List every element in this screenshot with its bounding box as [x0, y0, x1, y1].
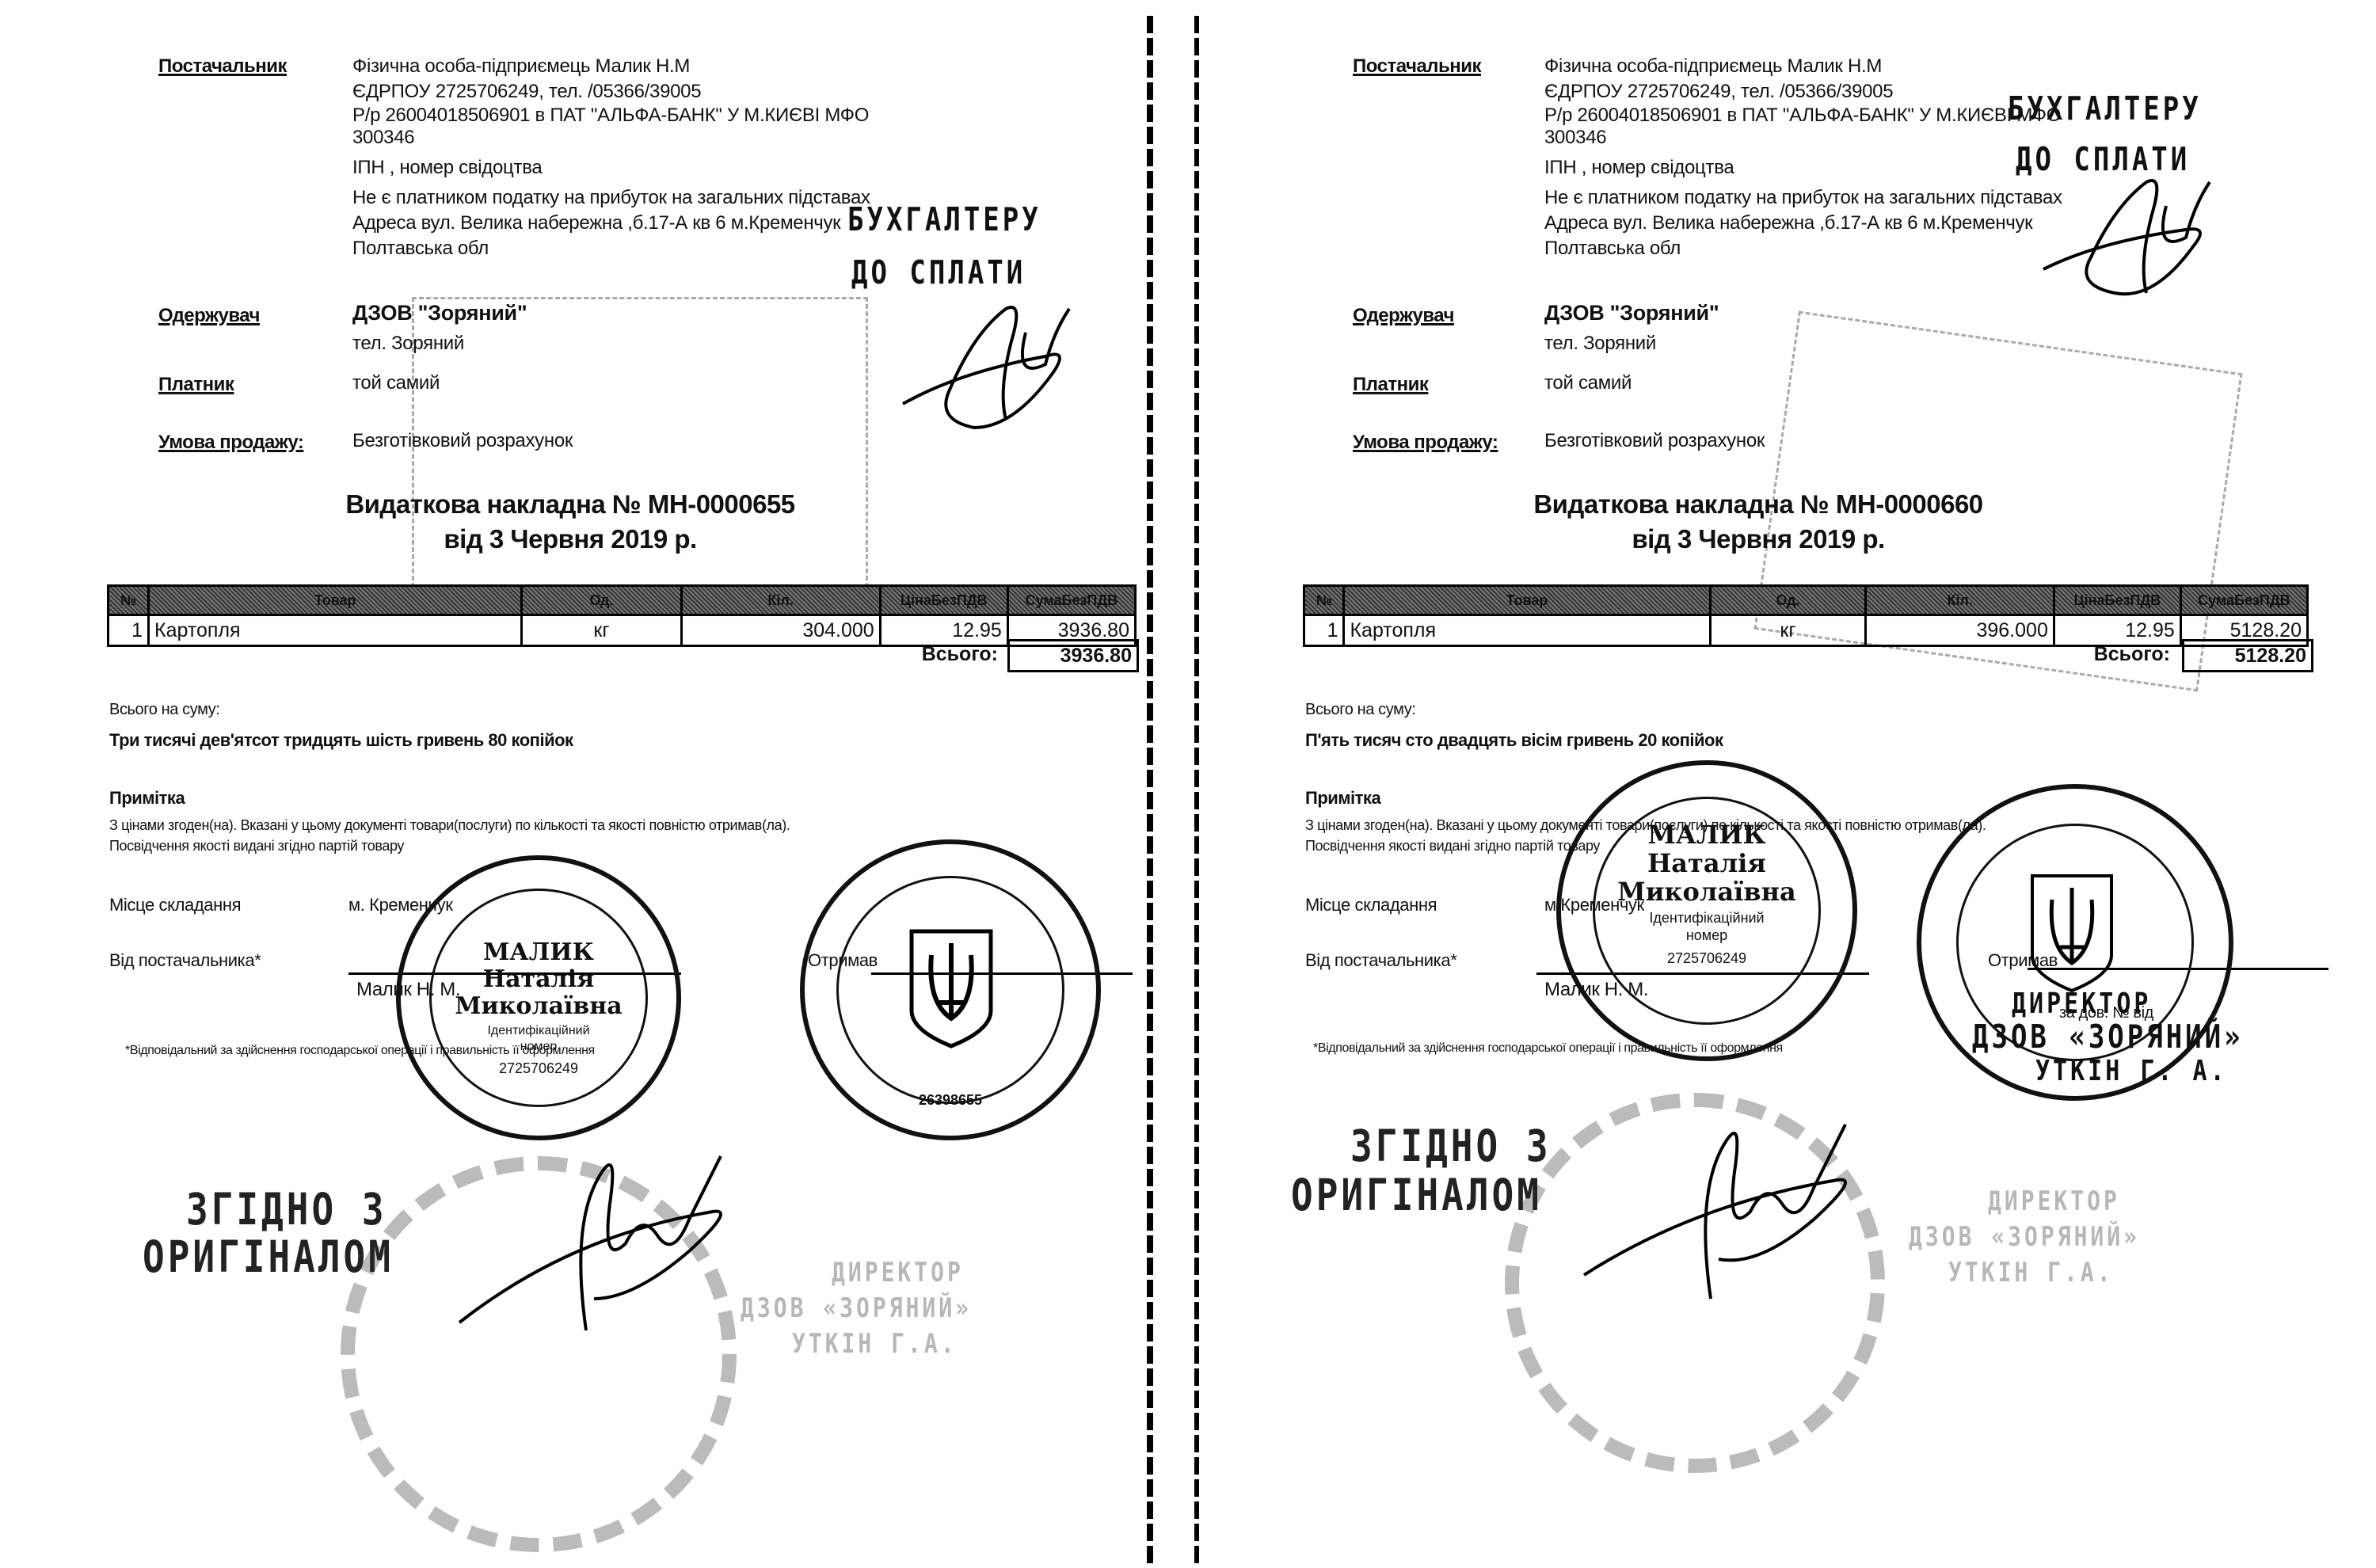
director-stamp-line1: ДИРЕКТОР — [832, 1257, 964, 1288]
recipient-name: ДЗОВ "Зоряний" — [1544, 301, 1719, 325]
sum-in-words: Три тисячі дев'ятсот тридцять шість грив… — [109, 730, 573, 751]
from-supplier-label: Від постачальника* — [109, 950, 261, 971]
table-row: 1 Картопля кг 396.000 12.95 5128.20 — [1304, 615, 2308, 646]
invoice-title: Видаткова накладна № МН-0000655 — [214, 489, 927, 519]
recipient-phone: тел. Зоряний — [1544, 333, 1656, 355]
row-number: 1 — [109, 615, 149, 646]
supplier-details: Фізична особа-підприємець Малик Н.М ЄДРП… — [352, 54, 870, 261]
seal-id-label: Ідентифікаційний номер — [475, 1023, 602, 1055]
director-stamp-line2: ДЗОВ «ЗОРЯНИЙ» — [741, 1292, 972, 1324]
certify-signature-icon — [1576, 1117, 1893, 1323]
supplier-name: Фізична особа-підприємець Малик Н.М — [1544, 54, 2062, 79]
director-seal-line1: ДИРЕКТОР — [2012, 988, 2152, 1021]
row-unit: кг — [1710, 615, 1866, 646]
note-line-1: З цінами згоден(на). Вказані у цьому док… — [109, 817, 790, 834]
director-seal-line2: ДЗОВ «ЗОРЯНИЙ» — [1972, 1018, 2244, 1056]
from-supplier-label: Від постачальника* — [1305, 950, 1456, 971]
trident-coat-of-arms-icon — [2024, 868, 2119, 995]
sum-label: Всього на суму: — [109, 701, 219, 719]
recipient-label: Одержувач — [1353, 305, 1454, 327]
certify-stamp-line1: ЗГІДНО З — [1350, 1121, 1552, 1172]
supplier-edrpou: ЄДРПОУ 2725706249, тел. /05366/39005 — [352, 79, 870, 105]
col-product: Товар — [1344, 586, 1710, 615]
recipient-name: ДЗОВ "Зоряний" — [352, 301, 527, 325]
sum-in-words: П'ять тисяч сто двадцять вісім гривень 2… — [1305, 730, 1723, 751]
director-stamp-line1: ДИРЕКТОР — [1988, 1186, 2120, 1217]
invoice-table: № Товар Од. Кіл. ЦінаБезПДВ СумаБезПДВ 1… — [107, 584, 1137, 647]
signature-icon — [887, 285, 1077, 459]
director-stamp-line2: ДЗОВ «ЗОРЯНИЙ» — [1909, 1221, 2140, 1253]
col-quantity: Кіл. — [1866, 586, 2054, 615]
supplier-ipn: ІПН , номер свідоцтва — [1544, 155, 2062, 181]
total-value: 3936.80 — [1007, 639, 1139, 672]
row-product: Картопля — [1344, 615, 1710, 646]
row-number: 1 — [1304, 615, 1344, 646]
note-label: Примітка — [109, 788, 185, 809]
row-quantity: 304.000 — [681, 615, 880, 646]
invoice-table: № Товар Од. Кіл. ЦінаБезПДВ СумаБезПДВ 1… — [1303, 584, 2309, 647]
payer-label: Платник — [1353, 374, 1428, 396]
director-seal-line3: УТКІН Г. А. — [2035, 1055, 2228, 1088]
col-number: № — [1304, 586, 1344, 615]
invoice-document-mn-0000660: Постачальник Фізична особа-підприємець М… — [1196, 0, 2376, 1568]
accountant-stamp-line1: БУХГАЛТЕРУ — [2008, 90, 2202, 128]
note-line-2: Посвідчення якості видані згідно партій … — [1305, 838, 1600, 854]
place-label: Місце складання — [109, 895, 241, 915]
table-header-row: № Товар Од. Кіл. ЦінаБезПДВ СумаБезПДВ — [1304, 586, 2308, 615]
sum-label: Всього на суму: — [1305, 701, 1415, 719]
row-quantity: 396.000 — [1866, 615, 2054, 646]
col-sum: СумаБезПДВ — [1007, 586, 1135, 615]
row-product: Картопля — [149, 615, 522, 646]
payer-value: той самий — [1544, 372, 1632, 394]
director-stamp-line3: УТКІН Г.А. — [792, 1328, 958, 1360]
note-label: Примітка — [1305, 788, 1380, 809]
col-product: Товар — [149, 586, 522, 615]
total-label: Всього: — [895, 643, 998, 666]
certify-stamp-line2: ОРИГІНАЛОМ — [143, 1231, 394, 1283]
invoice-title: Видаткова накладна № МН-0000660 — [1402, 489, 2115, 519]
seal-id-number: 2725706249 — [1561, 944, 1852, 972]
trident-coat-of-arms-icon — [904, 923, 999, 1050]
supplier-tax-status: Не є платником податку на прибуток на за… — [1544, 185, 2062, 211]
supplier-bank-account: Р/р 26004018506901 в ПАТ "АЛЬФА-БАНК" У … — [1544, 105, 2062, 127]
certify-signature-icon — [451, 1140, 768, 1346]
certify-stamp-line2: ОРИГІНАЛОМ — [1291, 1170, 1542, 1221]
supplier-ipn: ІПН , номер свідоцтва — [352, 155, 870, 181]
invoice-date: від 3 Червня 2019 р. — [1402, 524, 2115, 554]
seal-surname: МАЛИК — [401, 939, 676, 966]
payer-label: Платник — [158, 374, 234, 396]
seal-institution-code: 26398655 — [805, 1092, 1096, 1109]
terms-label: Умова продажу: — [1353, 432, 1498, 454]
table-header-row: № Товар Од. Кіл. ЦінаБезПДВ СумаБезПДВ — [109, 586, 1136, 615]
col-price: ЦінаБезПДВ — [880, 586, 1007, 615]
seal-patronymic: Миколаївна — [1561, 877, 1852, 906]
supplier-address: Адреса вул. Велика набережна ,б.17-А кв … — [1544, 211, 2062, 236]
accountant-stamp-line1: БУХГАЛТЕРУ — [847, 201, 1041, 239]
terms-label: Умова продажу: — [158, 432, 303, 454]
col-unit: Од. — [522, 586, 681, 615]
supplier-label: Постачальник — [1353, 55, 1481, 78]
supplier-mfo: 300346 — [352, 127, 870, 149]
seal-first-name: Наталія — [401, 966, 676, 993]
supplier-name: Фізична особа-підприємець Малик Н.М — [352, 54, 870, 79]
note-line-2: Посвідчення якості видані згідно партій … — [109, 838, 404, 854]
supplier-label: Постачальник — [158, 55, 287, 78]
terms-value: Безготівковий розрахунок — [1544, 430, 1765, 452]
row-unit: кг — [522, 615, 681, 646]
col-unit: Од. — [1710, 586, 1866, 615]
table-row: 1 Картопля кг 304.000 12.95 3936.80 — [109, 615, 1136, 646]
col-quantity: Кіл. — [681, 586, 880, 615]
director-stamp-line3: УТКІН Г.А. — [1948, 1257, 2114, 1288]
payer-value: той самий — [352, 372, 440, 394]
supplier-bank-account: Р/р 26004018506901 в ПАТ "АЛЬФА-БАНК" У … — [352, 105, 870, 127]
total-label: Всього: — [2067, 643, 2170, 666]
certify-stamp-line1: ЗГІДНО З — [186, 1184, 387, 1235]
place-label: Місце складання — [1305, 895, 1437, 915]
supplier-round-seal: МАЛИК Наталія Миколаївна Ідентифікаційни… — [396, 855, 681, 1140]
col-number: № — [109, 586, 149, 615]
invoice-document-mn-0000655: Постачальник Фізична особа-підприємець М… — [0, 0, 1140, 1568]
supplier-mfo: 300346 — [1544, 127, 2062, 149]
seal-surname: МАЛИК — [1561, 820, 1852, 849]
terms-value: Безготівковий розрахунок — [352, 430, 573, 452]
total-value: 5128.20 — [2182, 639, 2313, 672]
supplier-region: Полтавська обл — [1544, 236, 2062, 261]
recipient-label: Одержувач — [158, 305, 260, 327]
invoice-date: від 3 Червня 2019 р. — [214, 524, 927, 554]
recipient-phone: тел. Зоряний — [352, 333, 464, 355]
seal-first-name: Наталія — [1561, 849, 1852, 877]
supplier-round-seal: МАЛИК Наталія Миколаївна Ідентифікаційни… — [1556, 760, 1857, 1061]
page-divider-left — [1147, 16, 1153, 1568]
supplier-details: Фізична особа-підприємець Малик Н.М ЄДРП… — [1544, 54, 2062, 261]
seal-id-label: Ідентифікаційний номер — [1639, 909, 1774, 944]
supplier-region: Полтавська обл — [352, 236, 870, 261]
row-price: 12.95 — [880, 615, 1007, 646]
signature-icon — [2028, 166, 2218, 325]
institution-round-seal: 26398655 — [800, 839, 1101, 1140]
row-price: 12.95 — [2054, 615, 2180, 646]
supplier-address: Адреса вул. Велика набережна ,б.17-А кв … — [352, 211, 870, 236]
supplier-edrpou: ЄДРПОУ 2725706249, тел. /05366/39005 — [1544, 79, 2062, 105]
col-sum: СумаБезПДВ — [2180, 586, 2307, 615]
seal-patronymic: Миколаївна — [401, 993, 676, 1020]
seal-id-number: 2725706249 — [401, 1055, 676, 1082]
col-price: ЦінаБезПДВ — [2054, 586, 2180, 615]
supplier-tax-status: Не є платником податку на прибуток на за… — [352, 185, 870, 211]
